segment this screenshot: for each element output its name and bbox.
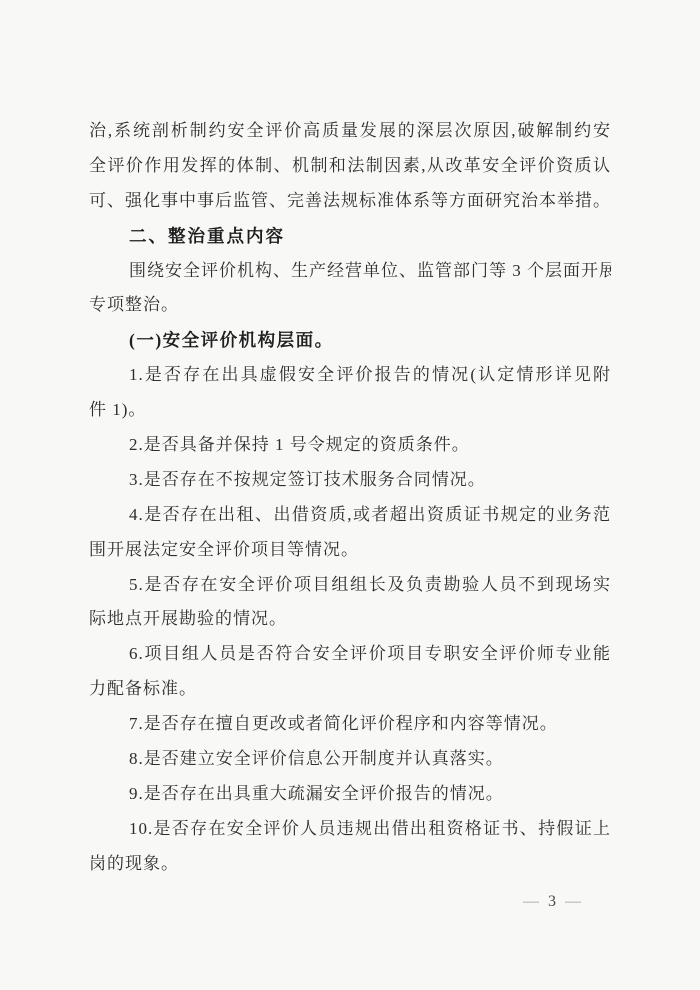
text-line: 围绕安全评价机构、生产经营单位、监管部门等 3 个层面开展: [89, 254, 611, 289]
text-line: 力配备标准。: [89, 672, 611, 707]
text-line: 专项整治。: [89, 288, 611, 323]
text-line: 全评价作用发挥的体制、机制和法制因素,从改革安全评价资质认: [89, 149, 611, 184]
text-line: 3.是否存在不按规定签订技术服务合同情况。: [89, 463, 611, 498]
text-line: 可、强化事中事后监管、完善法规标准体系等方面研究治本举措。: [89, 184, 611, 219]
text-line: 7.是否存在擅自更改或者简化评价程序和内容等情况。: [89, 707, 611, 742]
text-line: 9.是否存在出具重大疏漏安全评价报告的情况。: [89, 777, 611, 812]
page-number: —3—: [514, 888, 590, 916]
text-line: 5.是否存在安全评价项目组组长及负责勘验人员不到现场实: [89, 568, 611, 603]
text-line: 2.是否具备并保持 1 号令规定的资质条件。: [89, 428, 611, 463]
document-page: 治,系统剖析制约安全评价高质量发展的深层次原因,破解制约安全评价作用发挥的体制、…: [0, 0, 700, 990]
page-number-value: 3: [548, 893, 556, 910]
text-line: 围开展法定安全评价项目等情况。: [89, 533, 611, 568]
text-line: 6.项目组人员是否符合安全评价项目专职安全评价师专业能: [89, 637, 611, 672]
page-number-dash-left: —: [514, 893, 548, 910]
text-line: 1.是否存在出具虚假安全评价报告的情况(认定情形详见附: [89, 358, 611, 393]
text-line: 际地点开展勘验的情况。: [89, 602, 611, 637]
text-line: 8.是否建立安全评价信息公开制度并认真落实。: [89, 742, 611, 777]
document-body: 治,系统剖析制约安全评价高质量发展的深层次原因,破解制约安全评价作用发挥的体制、…: [89, 114, 611, 882]
text-line: 4.是否存在出租、出借资质,或者超出资质证书规定的业务范: [89, 498, 611, 533]
text-line: 10.是否存在安全评价人员违规出借出租资格证书、持假证上: [89, 812, 611, 847]
text-line: 治,系统剖析制约安全评价高质量发展的深层次原因,破解制约安: [89, 114, 611, 149]
text-line: 岗的现象。: [89, 847, 611, 882]
section-heading: 二、整治重点内容: [89, 219, 611, 254]
text-line: 件 1)。: [89, 393, 611, 428]
page-number-dash-right: —: [556, 893, 590, 910]
sub-heading: (一)安全评价机构层面。: [89, 323, 611, 358]
